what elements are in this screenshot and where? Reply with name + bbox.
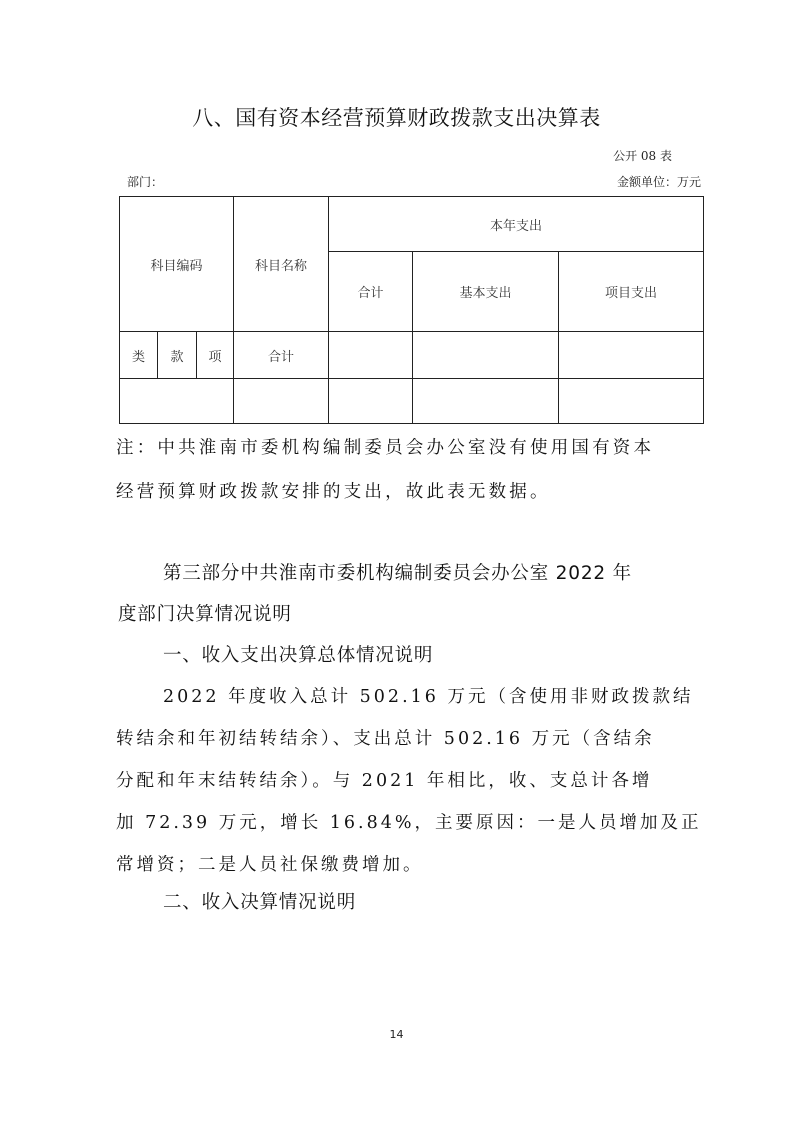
total-row-label: 合计 bbox=[234, 332, 329, 379]
table-row bbox=[120, 379, 704, 424]
section-heading-line-2: 度部门决算情况说明 bbox=[118, 600, 292, 626]
header-subject-code: 科目编码 bbox=[120, 197, 234, 332]
header-lei: 类 bbox=[120, 332, 158, 379]
paragraph-line: 常增资；二是人员社保缴费增加。 bbox=[116, 851, 424, 876]
page-number: 14 bbox=[0, 1028, 793, 1041]
paragraph-line: 分配和年末结转结余）。与 2021 年相比，收、支总计各增 bbox=[116, 767, 652, 792]
row-code bbox=[120, 379, 234, 424]
row-name bbox=[234, 379, 329, 424]
unit-label: 金额单位：万元 bbox=[617, 173, 701, 190]
paragraph-line: 加 72.39 万元，增长 16.84%，主要原因：一是人员增加及正 bbox=[116, 809, 702, 834]
subheading-income: 二、收入决算情况说明 bbox=[163, 888, 356, 914]
header-xiang: 项 bbox=[197, 332, 234, 379]
page-title: 八、国有资本经营预算财政拨款支出决算表 bbox=[0, 102, 793, 132]
row-basic bbox=[413, 379, 559, 424]
note-line-1: 注：中共淮南市委机构编制委员会办公室没有使用国有资本 bbox=[116, 434, 654, 459]
table-code: 公开 08 表 bbox=[613, 147, 672, 164]
paragraph-line: 2022 年度收入总计 502.16 万元（含使用非财政拨款结 bbox=[163, 683, 693, 708]
row-project bbox=[559, 379, 704, 424]
section-heading-line-1: 第三部分中共淮南市委机构编制委员会办公室 2022 年 bbox=[163, 559, 632, 585]
header-basic-expenditure: 基本支出 bbox=[413, 252, 559, 332]
header-kuan: 款 bbox=[158, 332, 197, 379]
department-label: 部门： bbox=[127, 173, 163, 190]
total-row-basic bbox=[413, 332, 559, 379]
subheading-income-expenditure: 一、收入支出决算总体情况说明 bbox=[163, 641, 433, 667]
header-total: 合计 bbox=[329, 252, 413, 332]
note-line-2: 经营预算财政拨款安排的支出，故此表无数据。 bbox=[116, 478, 551, 503]
expenditure-table: 科目编码 科目名称 本年支出 合计 基本支出 项目支出 类 款 项 合计 bbox=[119, 196, 704, 424]
row-total bbox=[329, 379, 413, 424]
total-row-project bbox=[559, 332, 704, 379]
paragraph-line: 转结余和年初结转结余）、支出总计 502.16 万元（含结余 bbox=[116, 725, 655, 750]
header-project-expenditure: 项目支出 bbox=[559, 252, 704, 332]
total-row-total bbox=[329, 332, 413, 379]
header-current-year-expenditure: 本年支出 bbox=[329, 197, 704, 252]
header-subject-name: 科目名称 bbox=[234, 197, 329, 332]
